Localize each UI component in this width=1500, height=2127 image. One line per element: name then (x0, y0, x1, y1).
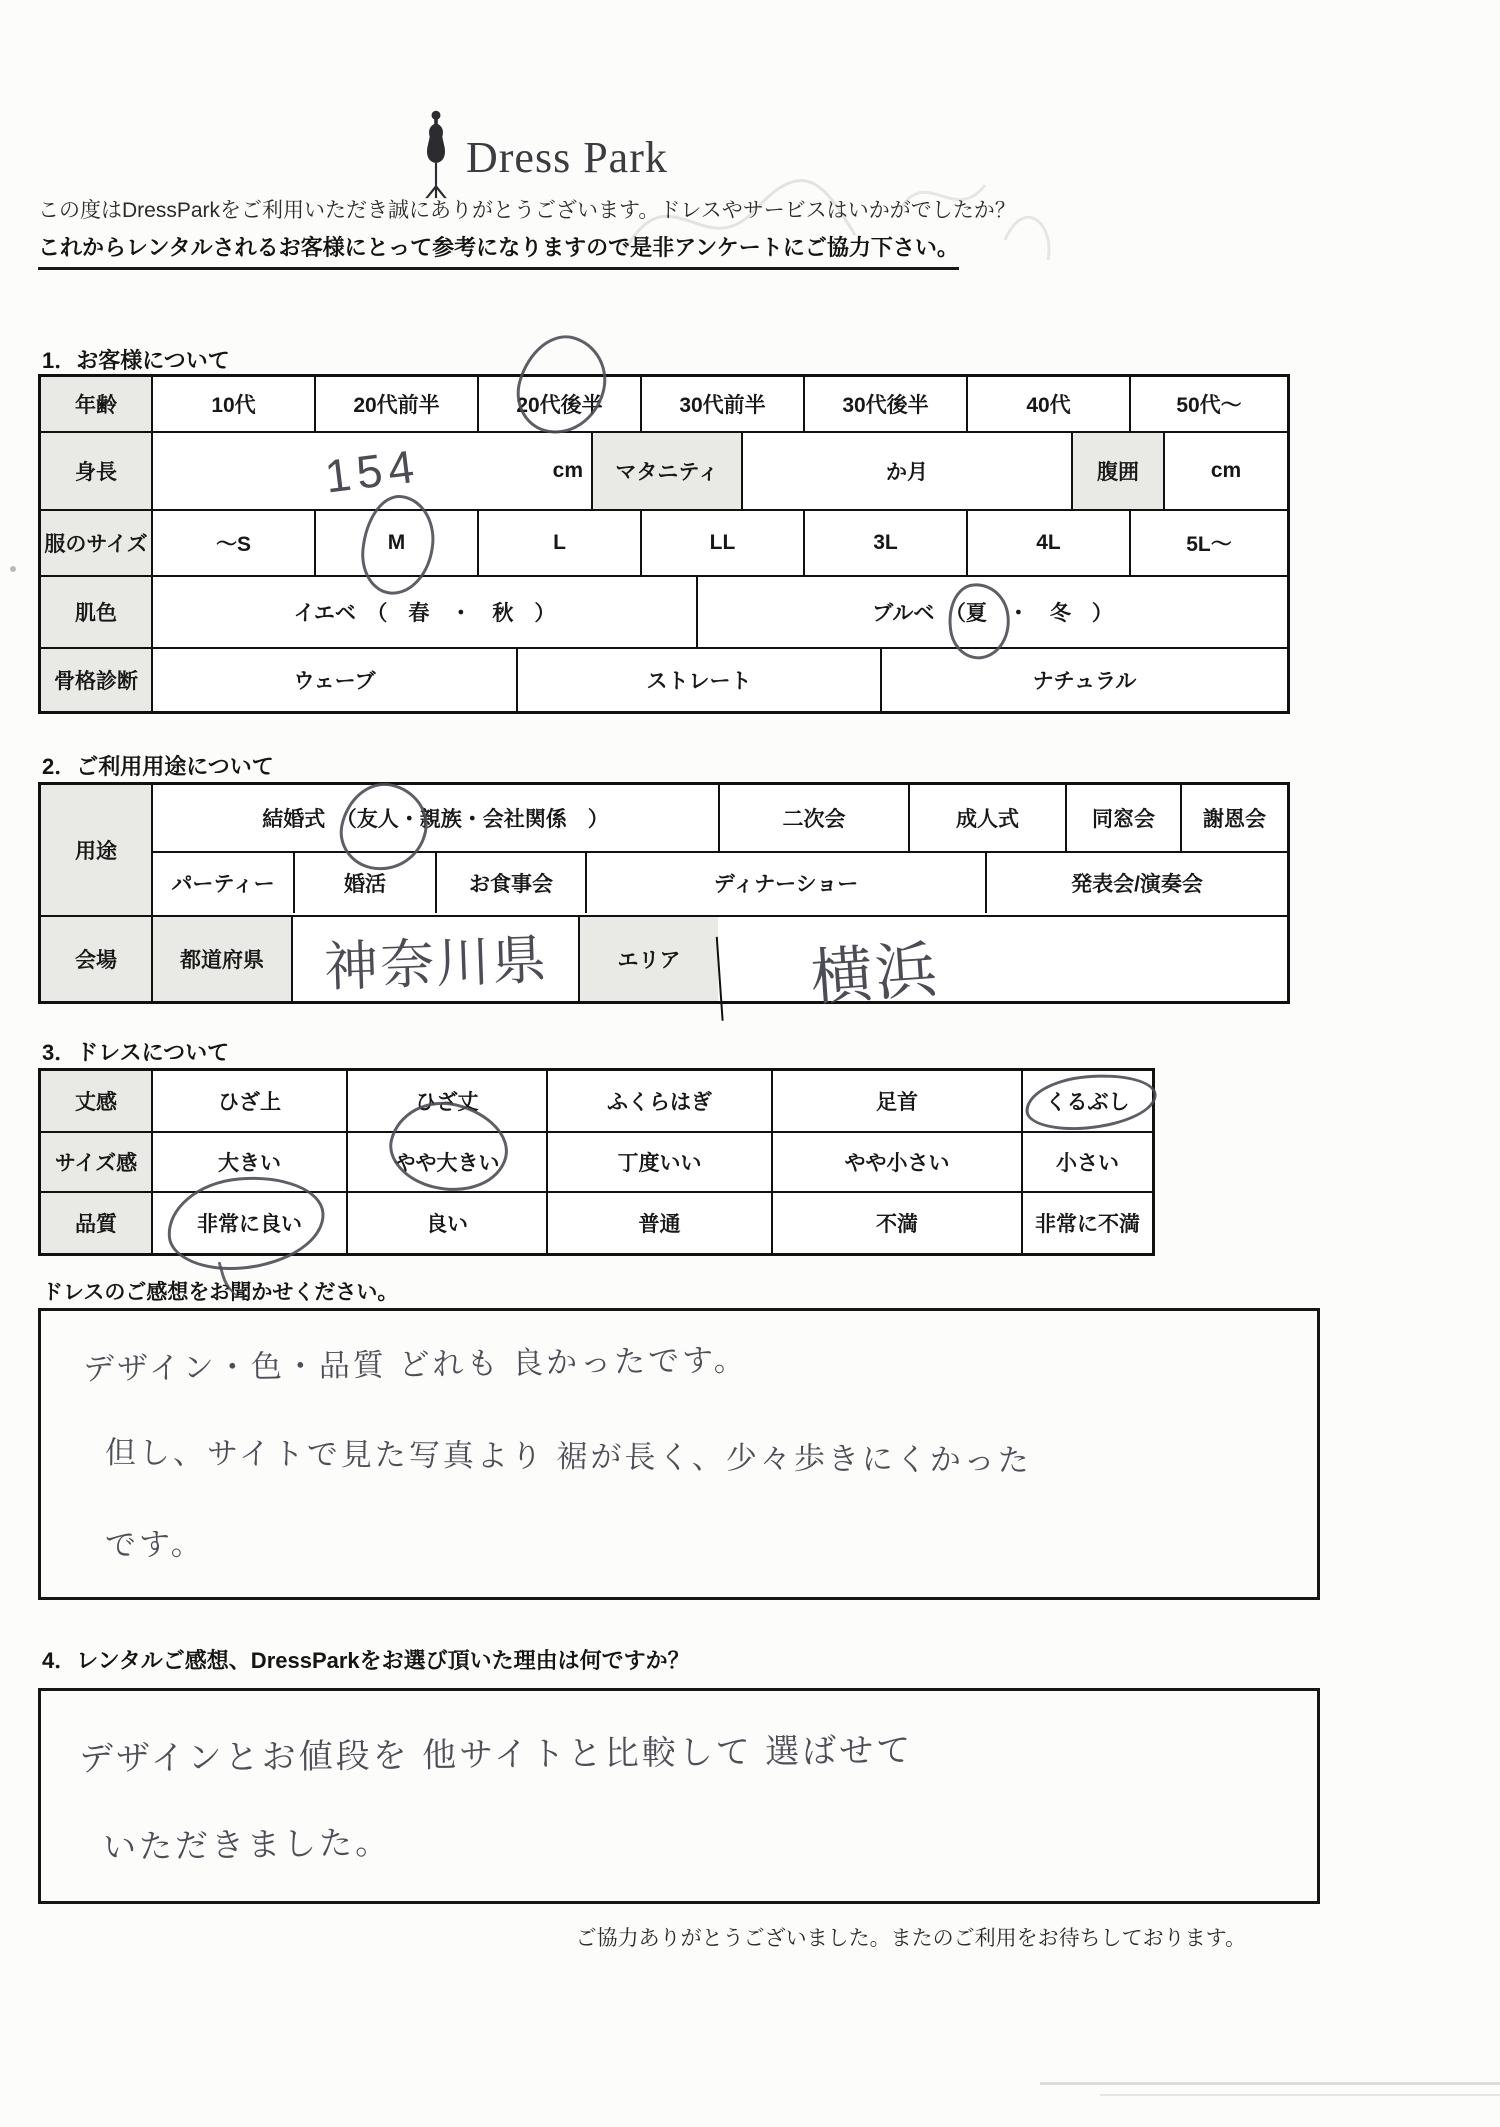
size-option-label: 4L (1036, 531, 1061, 555)
dress-comment-line: 但し、サイトで見た写真より 裾が長く、少々歩きにくかった (105, 1427, 1032, 1480)
fit-option-label: やや大きい (395, 1147, 500, 1177)
dress-comment-box: デザイン・色・品質 どれも 良かったです。 但し、サイトで見た写真より 裾が長く… (38, 1308, 1320, 1600)
length-option: ふくらはぎ (546, 1071, 771, 1131)
length-option-selected: くるぶし (1021, 1071, 1152, 1131)
size-option-label: L (553, 531, 566, 555)
frame-option: ナチュラル (880, 649, 1287, 711)
venue-row: 会場 都道府県 神奈川県 エリア 横浜 (41, 915, 1287, 1001)
skin-tone-blue-pre: ブルベ （ (872, 597, 966, 627)
purpose-option: 謝恩会 (1180, 785, 1287, 851)
size-option: 4L (966, 511, 1129, 575)
length-row: 丈感 ひざ上 ひざ丈 ふくらはぎ 足首 くるぶし (41, 1071, 1152, 1131)
prefecture-handwritten: 神奈川県 (322, 917, 549, 1002)
section4-heading: 4．レンタルご感想、DressParkをお選び頂いた理由は何ですか？ (42, 1644, 690, 1675)
age-option: 10代 (151, 377, 314, 431)
height-value-cell: 154 cm (151, 433, 591, 509)
skin-tone-selected-wrap: 夏 (966, 597, 987, 627)
height-value-handwritten: 154 (322, 438, 423, 503)
age-option-selected: 20代後半 (477, 377, 640, 431)
purpose-option: お食事会 (435, 853, 585, 913)
purpose-rows: 用途 結婚式 （ 友人 ・親族・会社関係 ） 二次会 成人式 同窓会 謝恩会 (41, 785, 1287, 915)
frame-option: ストレート (516, 649, 880, 711)
frame-option: ウェーブ (151, 649, 516, 711)
customer-table: 年齢 10代 20代前半 20代後半 30代前半 30代後半 40代 50代～ … (38, 374, 1290, 714)
fit-row: サイズ感 大きい やや大きい 丁度いい やや小さい 小さい (41, 1131, 1152, 1191)
length-option: ひざ丈 (346, 1071, 546, 1131)
dress-comment-line: デザイン・色・品質 どれも 良かったです。 (83, 1334, 748, 1388)
fit-option: 小さい (1021, 1133, 1152, 1191)
age-option: 50代～ (1129, 377, 1287, 431)
skin-tone-row: 肌色 イエベ （ 春 ・ 秋 ） ブルベ （ 夏 ・ 冬 ） (41, 575, 1287, 647)
length-option: 足首 (771, 1071, 1021, 1131)
height-unit: cm (553, 459, 583, 483)
length-option: ひざ上 (151, 1071, 346, 1131)
purpose-option: 婚活 (293, 853, 435, 913)
size-option: 3L (803, 511, 966, 575)
fit-option: やや小さい (771, 1133, 1021, 1191)
purpose-option: 同窓会 (1065, 785, 1180, 851)
skin-tone-label: 肌色 (41, 577, 151, 647)
size-option: 5L～ (1129, 511, 1287, 575)
fit-option: 大きい (151, 1133, 346, 1191)
purpose-options-block: 結婚式 （ 友人 ・親族・会社関係 ） 二次会 成人式 同窓会 謝恩会 パーティ… (151, 785, 1287, 915)
clothing-size-label: 服のサイズ (41, 511, 151, 575)
dress-comment-line: です。 (105, 1518, 205, 1565)
fit-option: 丁度いい (546, 1133, 771, 1191)
skin-tone-selected: 夏 (966, 602, 987, 625)
dress-comment-label: ドレスのご感想をお聞かせください。 (42, 1276, 398, 1306)
waist-label: 腹囲 (1071, 433, 1163, 509)
wedding-post: ・親族・会社関係 ） (399, 803, 609, 833)
age-option: 30代前半 (640, 377, 803, 431)
age-label: 年齢 (41, 377, 151, 431)
area-value-cell: 横浜 (716, 897, 1289, 1020)
fit-label: サイズ感 (41, 1133, 151, 1191)
scan-artifact-line (1100, 2094, 1500, 2096)
age-option-label: 20代後半 (516, 389, 602, 419)
length-label: 丈感 (41, 1071, 151, 1131)
size-option: LL (640, 511, 803, 575)
quality-option: 良い (346, 1193, 546, 1253)
size-option: L (477, 511, 640, 575)
prefecture-value-cell: 神奈川県 (291, 917, 578, 1001)
size-option-label: M (388, 531, 406, 555)
skin-tone-blue-cell: ブルベ （ 夏 ・ 冬 ） (696, 577, 1287, 647)
maternity-months-cell: か月 (741, 433, 1071, 509)
usage-table: 用途 結婚式 （ 友人 ・親族・会社関係 ） 二次会 成人式 同窓会 謝恩会 (38, 782, 1290, 1004)
age-row: 年齢 10代 20代前半 20代後半 30代前半 30代後半 40代 50代～ (41, 377, 1287, 431)
quality-option: 普通 (546, 1193, 771, 1253)
section3-heading: 3．ドレスについて (42, 1036, 229, 1067)
age-option-label: 20代前半 (353, 389, 439, 419)
purpose-option: パーティー (153, 853, 293, 913)
age-option: 30代後半 (803, 377, 966, 431)
size-option: ～S (151, 511, 314, 575)
intro-block: この度はDressParkをご利用いただき誠にありがとうございます。ドレスやサー… (38, 192, 1016, 270)
selection-circle (507, 325, 617, 445)
size-option-label: 5L～ (1186, 528, 1232, 558)
dress-table: 丈感 ひざ上 ひざ丈 ふくらはぎ 足首 くるぶし サイズ感 大きい やや大きい … (38, 1068, 1155, 1256)
wedding-selected: 友人 (357, 808, 399, 831)
wedding-pre: 結婚式 （ (262, 803, 357, 833)
age-option-label: 10代 (211, 389, 255, 419)
purpose-label: 用途 (41, 785, 151, 915)
intro-line-2: これからレンタルされるお客様にとって参考になりますので是非アンケートにご協力下さ… (38, 229, 959, 270)
height-row: 身長 154 cm マタニティ か月 腹囲 cm (41, 431, 1287, 509)
size-option-selected: M (314, 511, 477, 575)
quality-row: 品質 非常に良い 良い 普通 不満 非常に不満 (41, 1191, 1152, 1253)
scan-artifact-line (1040, 2082, 1500, 2085)
purpose-option: ディナーショー (585, 853, 985, 913)
clothing-size-row: 服のサイズ ～S M L LL 3L 4L 5L～ (41, 509, 1287, 575)
age-option: 20代前半 (314, 377, 477, 431)
rental-comment-box: デザインとお値段を 他サイトと比較して 選ばせて いただきました。 (38, 1688, 1320, 1904)
frame-type-label: 骨格診断 (41, 649, 151, 711)
prefecture-label: 都道府県 (151, 917, 291, 1001)
section2-heading: 2．ご利用用途について (42, 750, 274, 781)
dress-form-icon (418, 108, 454, 200)
quality-option-label: 非常に良い (197, 1208, 302, 1238)
quality-option: 不満 (771, 1193, 1021, 1253)
size-option-label: ～S (216, 528, 251, 558)
section1-heading: 1．お客様について (42, 344, 230, 375)
purpose-row-1: 結婚式 （ 友人 ・親族・会社関係 ） 二次会 成人式 同窓会 謝恩会 (153, 785, 1287, 851)
purpose-option: 成人式 (908, 785, 1065, 851)
length-option-label: くるぶし (1046, 1086, 1130, 1116)
quality-label: 品質 (41, 1193, 151, 1253)
waist-unit-cell: cm (1163, 433, 1287, 509)
rental-comment-line: いただきました。 (103, 1816, 392, 1868)
scan-speck (10, 566, 16, 572)
age-option-label: 30代前半 (679, 389, 765, 419)
intro-line-1: この度はDressParkをご利用いただき誠にありがとうございます。ドレスやサー… (38, 192, 1016, 229)
height-label: 身長 (41, 433, 151, 509)
maternity-label: マタニティ (591, 433, 741, 509)
quality-option: 非常に不満 (1021, 1193, 1152, 1253)
purpose-row-2: パーティー 婚活 お食事会 ディナーショー 発表会/演奏会 (153, 851, 1287, 913)
frame-type-row: 骨格診断 ウェーブ ストレート ナチュラル (41, 647, 1287, 711)
size-option-label: LL (710, 531, 736, 555)
skin-tone-yellow-cell: イエベ （ 春 ・ 秋 ） (151, 577, 696, 647)
fit-option-selected: やや大きい (346, 1133, 546, 1191)
purpose-wedding-cell: 結婚式 （ 友人 ・親族・会社関係 ） (153, 785, 718, 851)
age-option-label: 50代～ (1176, 389, 1241, 419)
age-option: 40代 (966, 377, 1129, 431)
area-handwritten: 横浜 (807, 919, 941, 1017)
rental-comment-line: デザインとお値段を 他サイトと比較して 選ばせて (79, 1723, 914, 1781)
age-option-label: 30代後半 (842, 389, 928, 419)
skin-tone-blue-post: ・ 冬 ） (987, 597, 1113, 627)
scanned-questionnaire-page: Dress Park この度はDressParkをご利用いただき誠にありがとうご… (0, 0, 1500, 2127)
venue-label: 会場 (41, 917, 151, 1001)
closing-message: ご協力ありがとうございました。またのご利用をお待ちしております。 (38, 1922, 1320, 1952)
purpose-option: 二次会 (718, 785, 908, 851)
area-label: エリア (578, 917, 718, 1001)
quality-option-selected: 非常に良い (151, 1193, 346, 1253)
age-option-label: 40代 (1026, 389, 1070, 419)
wedding-selected-wrap: 友人 (357, 803, 399, 833)
size-option-label: 3L (873, 531, 898, 555)
